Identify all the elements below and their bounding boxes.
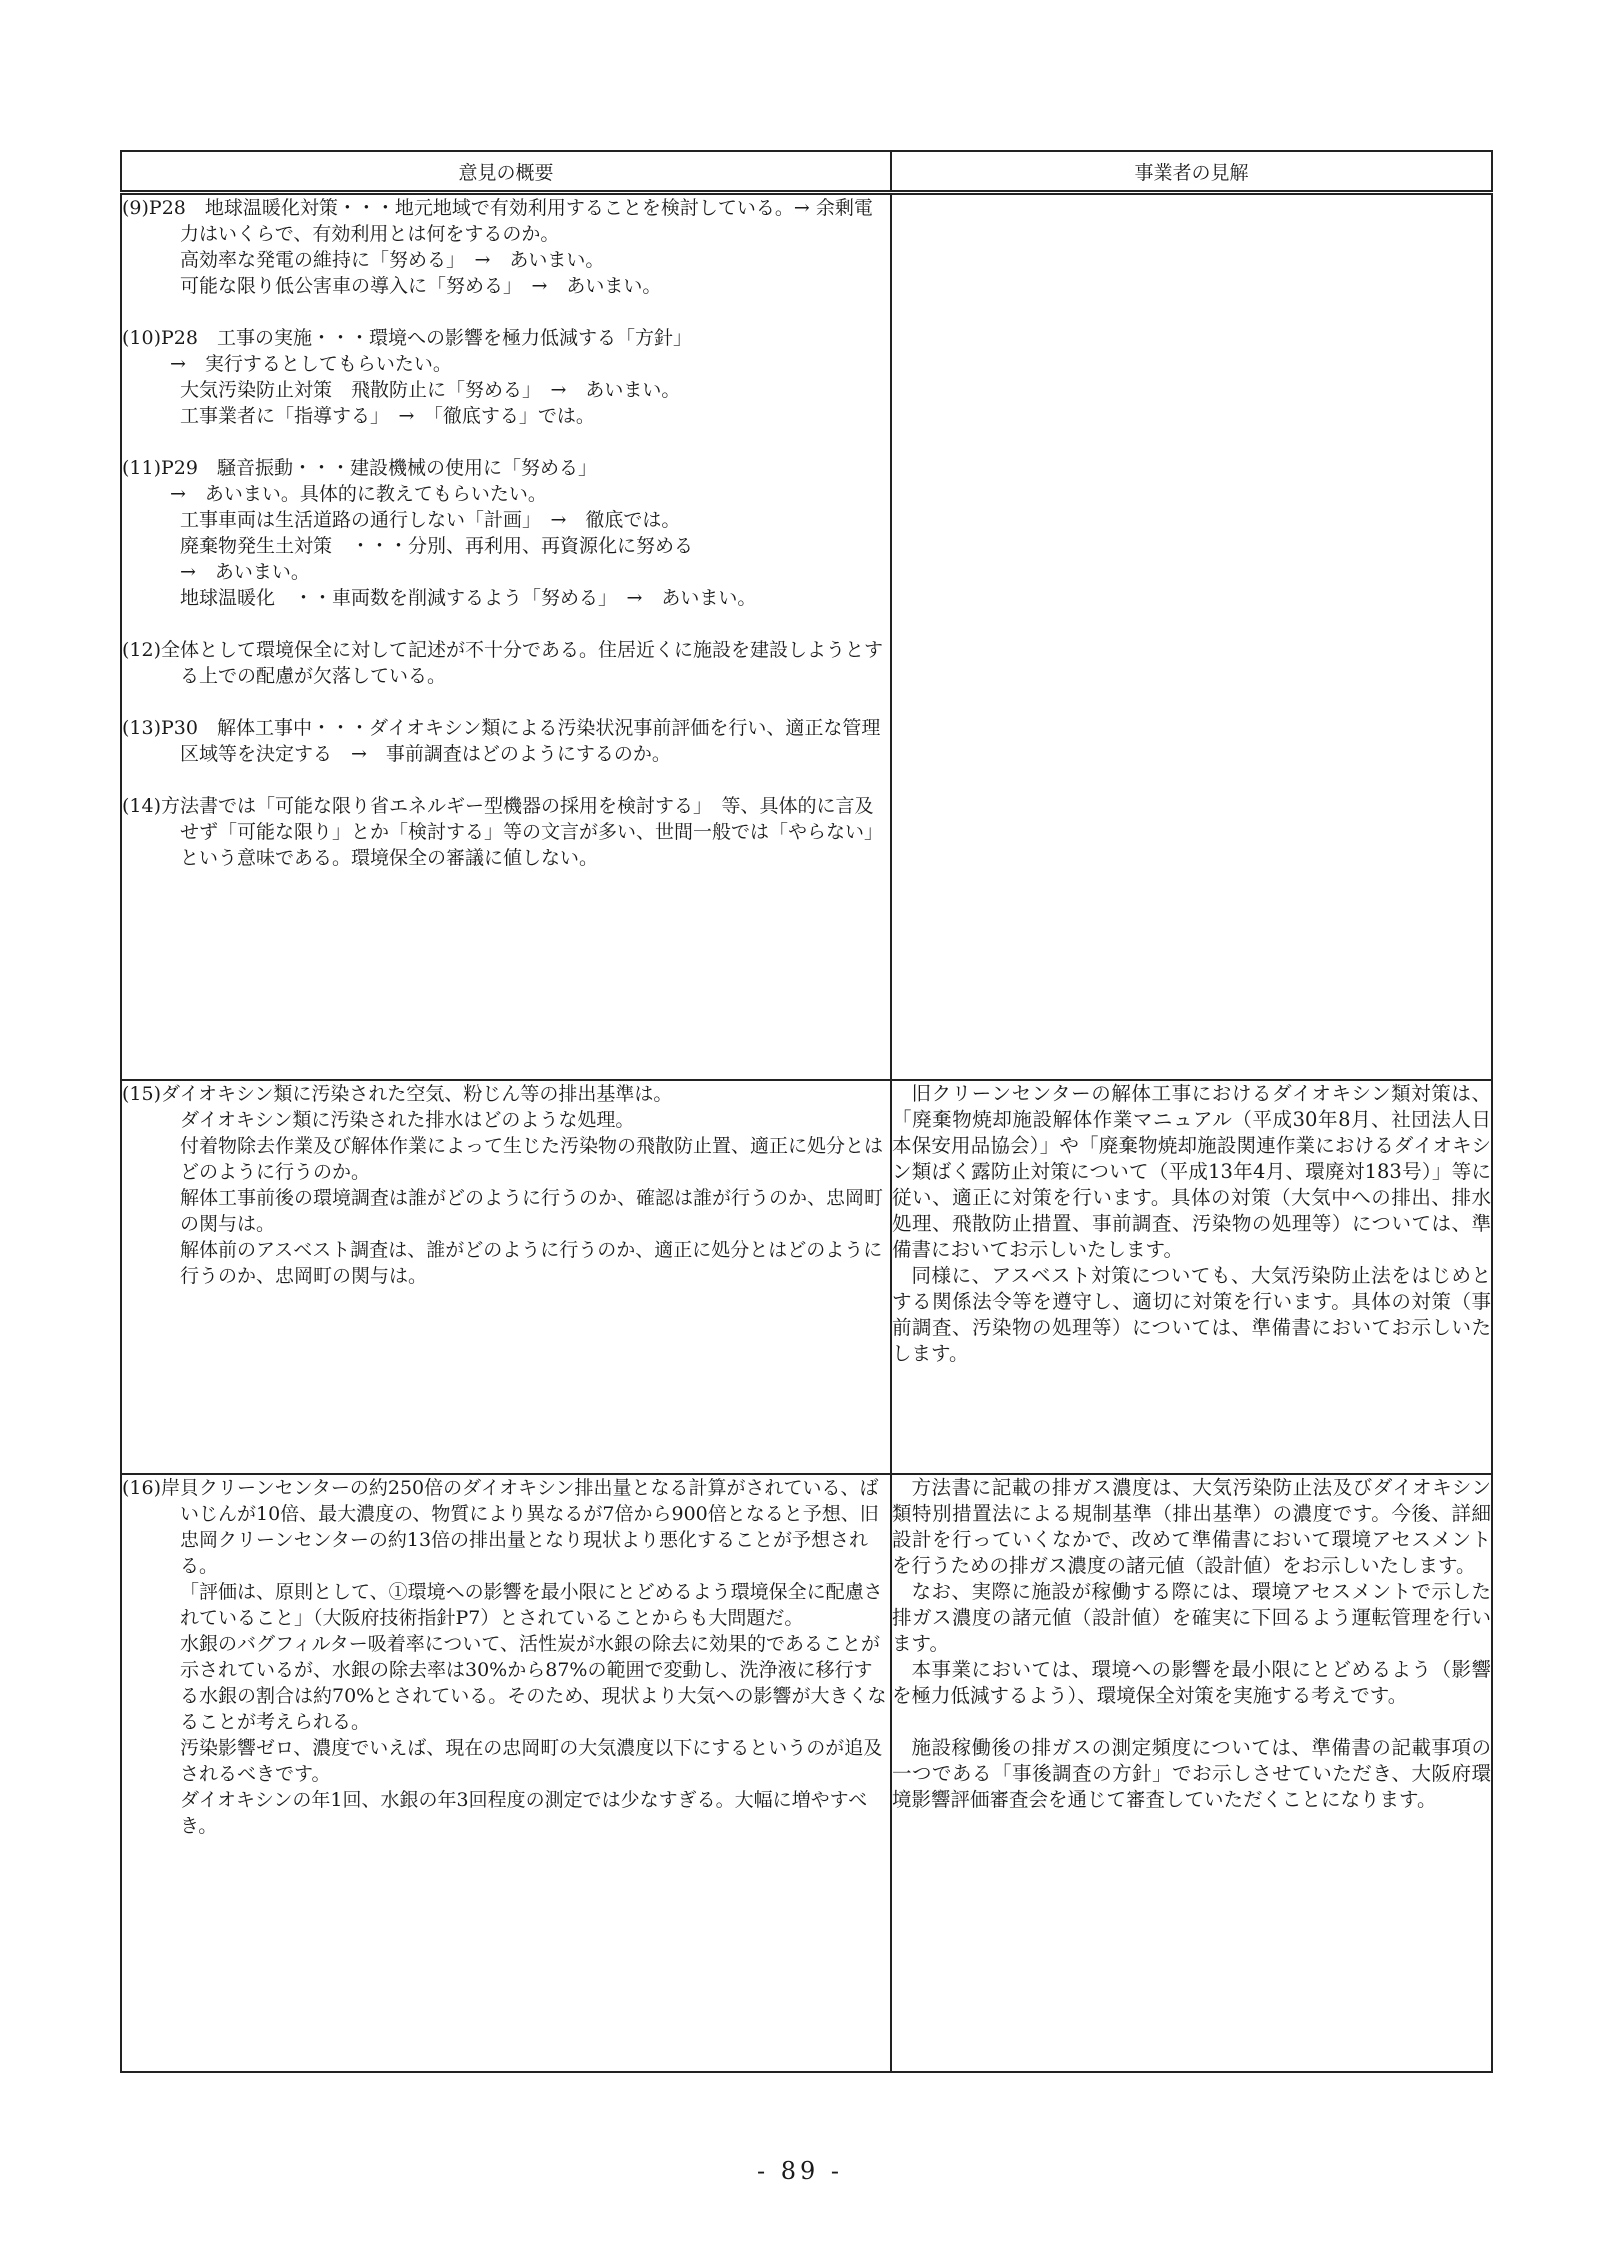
response-paragraph: 方法書に記載の排ガス濃度は、大気汚染防止法及びダイオキシン類特別措置法による規制… (892, 1475, 1491, 1579)
opinion-line: → あいまい。 (122, 559, 890, 585)
opinion-line: → 実行するとしてもらいたい。 (122, 351, 890, 377)
page-number: - 89 - (0, 2157, 1600, 2185)
opinion-item-13: (13)P30 解体工事中・・・ダイオキシン類による汚染状況事前評価を行い、適正… (122, 715, 890, 767)
table-header-row: 意見の概要 事業者の見解 (121, 151, 1492, 193)
opinion-cell: (16)岸貝クリーンセンターの約250倍のダイオキシン排出量となる計算がされてい… (121, 1474, 891, 2072)
table-row: (16)岸貝クリーンセンターの約250倍のダイオキシン排出量となる計算がされてい… (121, 1474, 1492, 2072)
opinion-line: 工事車両は生活道路の通行しない「計画」 → 徹底では。 (122, 507, 890, 533)
response-paragraph: 同様に、アスベスト対策についても、大気汚染防止法をはじめとする関係法令等を遵守し… (892, 1263, 1491, 1367)
opinion-line: 廃棄物発生土対策 ・・・分別、再利用、再資源化に努める (122, 533, 890, 559)
opinion-item-10: (10)P28 工事の実施・・・環境への影響を極力低減する「方針」 → 実行する… (122, 325, 890, 429)
opinion-item-12: (12)全体として環境保全に対して記述が不十分である。住居近くに施設を建設しよう… (122, 637, 890, 689)
opinion-line: (12)全体として環境保全に対して記述が不十分である。住居近くに施設を建設しよう… (122, 637, 890, 689)
opinion-line: ダイオキシンの年1回、水銀の年3回程度の測定では少なすぎる。大幅に増やすべき。 (122, 1787, 890, 1839)
opinion-line: 汚染影響ゼロ、濃度でいえば、現在の忠岡町の大気濃度以下にするというのが追及される… (122, 1735, 890, 1787)
opinion-cell: (15)ダイオキシン類に汚染された空気、粉じん等の排出基準は。 ダイオキシン類に… (121, 1080, 891, 1474)
opinion-line: 地球温暖化 ・・車両数を削減するよう「努める」 → あいまい。 (122, 585, 890, 611)
header-business-view: 事業者の見解 (891, 151, 1492, 193)
opinion-line: ダイオキシン類に汚染された排水はどのような処理。 (122, 1107, 890, 1133)
opinion-line: 高効率な発電の維持に「努める」 → あいまい。 (122, 247, 890, 273)
opinion-item-15: (15)ダイオキシン類に汚染された空気、粉じん等の排出基準は。 ダイオキシン類に… (122, 1081, 890, 1289)
opinion-response-table: 意見の概要 事業者の見解 (9)P28 地球温暖化対策・・・地元地域で有効利用す… (120, 150, 1493, 2073)
opinion-line: (15)ダイオキシン類に汚染された空気、粉じん等の排出基準は。 (122, 1081, 890, 1107)
opinion-line: (16)岸貝クリーンセンターの約250倍のダイオキシン排出量となる計算がされてい… (122, 1475, 890, 1579)
table-row: (9)P28 地球温暖化対策・・・地元地域で有効利用することを検討している。→ … (121, 193, 1492, 1081)
opinion-line: (14)方法書では「可能な限り省エネルギー型機器の採用を検討する」 等、具体的に… (122, 793, 890, 871)
opinion-item-14: (14)方法書では「可能な限り省エネルギー型機器の採用を検討する」 等、具体的に… (122, 793, 890, 871)
opinion-line: 解体工事前後の環境調査は誰がどのように行うのか、確認は誰が行うのか、忠岡町の関与… (122, 1185, 890, 1237)
header-opinion-summary: 意見の概要 (121, 151, 891, 193)
response-cell-empty (891, 193, 1492, 1081)
opinion-item-9: (9)P28 地球温暖化対策・・・地元地域で有効利用することを検討している。→ … (122, 195, 890, 299)
response-paragraph: 施設稼働後の排ガスの測定頻度については、準備書の記載事項の一つである「事後調査の… (892, 1735, 1491, 1813)
response-cell: 旧クリーンセンターの解体工事におけるダイオキシン類対策は、「廃棄物焼却施設解体作… (891, 1080, 1492, 1474)
table-row: (15)ダイオキシン類に汚染された空気、粉じん等の排出基準は。 ダイオキシン類に… (121, 1080, 1492, 1474)
opinion-line: 「評価は、原則として、①環境への影響を最小限にとどめるよう環境保全に配慮されてい… (122, 1579, 890, 1631)
response-paragraph: 旧クリーンセンターの解体工事におけるダイオキシン類対策は、「廃棄物焼却施設解体作… (892, 1081, 1491, 1263)
opinion-line: (11)P29 騒音振動・・・建設機械の使用に「努める」 (122, 455, 890, 481)
opinion-line: (13)P30 解体工事中・・・ダイオキシン類による汚染状況事前評価を行い、適正… (122, 715, 890, 767)
opinion-line: (9)P28 地球温暖化対策・・・地元地域で有効利用することを検討している。→ … (122, 195, 890, 247)
opinion-line: → あいまい。具体的に教えてもらいたい。 (122, 481, 890, 507)
opinion-line: 可能な限り低公害車の導入に「努める」 → あいまい。 (122, 273, 890, 299)
opinion-line: 水銀のバグフィルター吸着率について、活性炭が水銀の除去に効果的であることが示され… (122, 1631, 890, 1735)
opinion-line: 解体前のアスベスト調査は、誰がどのように行うのか、適正に処分とはどのように行うの… (122, 1237, 890, 1289)
opinion-item-16: (16)岸貝クリーンセンターの約250倍のダイオキシン排出量となる計算がされてい… (122, 1475, 890, 1839)
opinion-line: 大気汚染防止対策 飛散防止に「努める」 → あいまい。 (122, 377, 890, 403)
response-paragraph: なお、実際に施設が稼働する際には、環境アセスメントで示した排ガス濃度の諸元値（設… (892, 1579, 1491, 1657)
opinion-line: 付着物除去作業及び解体作業によって生じた汚染物の飛散防止置、適正に処分とはどのよ… (122, 1133, 890, 1185)
opinion-item-11: (11)P29 騒音振動・・・建設機械の使用に「努める」 → あいまい。具体的に… (122, 455, 890, 611)
response-paragraph: 本事業においては、環境への影響を最小限にとどめるよう（影響を極力低減するよう）、… (892, 1657, 1491, 1709)
opinion-line: (10)P28 工事の実施・・・環境への影響を極力低減する「方針」 (122, 325, 890, 351)
opinion-line: 工事業者に「指導する」 → 「徹底する」では。 (122, 403, 890, 429)
opinion-cell: (9)P28 地球温暖化対策・・・地元地域で有効利用することを検討している。→ … (121, 193, 891, 1081)
response-cell: 方法書に記載の排ガス濃度は、大気汚染防止法及びダイオキシン類特別措置法による規制… (891, 1474, 1492, 2072)
